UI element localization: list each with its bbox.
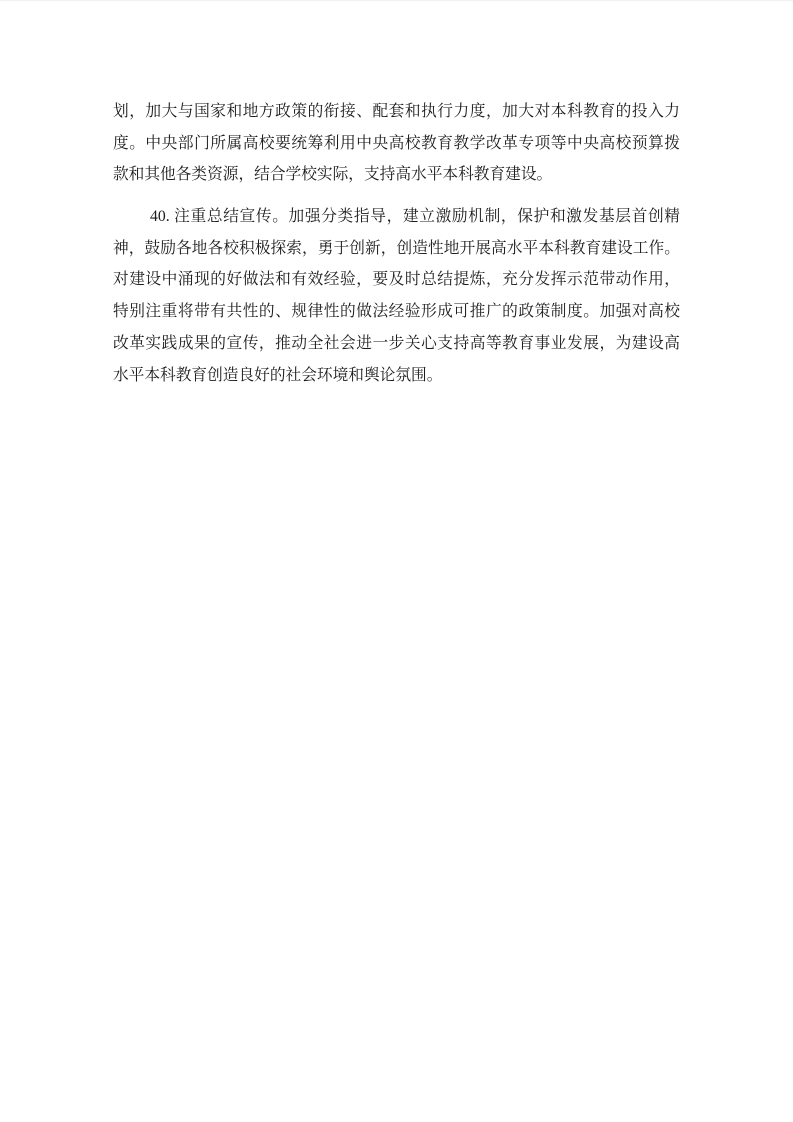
text-line: 改革实践成果的宣传，推动全社会进一步关心支持高等教育事业发展，为建设高 bbox=[113, 328, 680, 360]
text-line: 40. 注重总结宣传。加强分类指导，建立激励机制，保护和激发基层首创精 bbox=[113, 201, 680, 233]
document-text-block: 划，加大与国家和地方政策的衔接、配套和执行力度，加大对本科教育的投入力 度。中央… bbox=[113, 96, 680, 391]
paragraph-2: 40. 注重总结宣传。加强分类指导，建立激励机制，保护和激发基层首创精 神，鼓励… bbox=[113, 201, 680, 391]
text-line: 水平本科教育创造良好的社会环境和舆论氛围。 bbox=[113, 360, 680, 392]
text-line: 度。中央部门所属高校要统筹利用中央高校教育教学改革专项等中央高校预算拨 bbox=[113, 128, 680, 160]
text-line: 款和其他各类资源，结合学校实际，支持高水平本科教育建设。 bbox=[113, 159, 680, 191]
text-line: 特别注重将带有共性的、规律性的做法经验形成可推广的政策制度。加强对高校 bbox=[113, 296, 680, 328]
text-line: 神，鼓励各地各校积极探索，勇于创新，创造性地开展高水平本科教育建设工作。 bbox=[113, 233, 680, 265]
document-page: 划，加大与国家和地方政策的衔接、配套和执行力度，加大对本科教育的投入力 度。中央… bbox=[0, 0, 793, 1122]
text-line: 划，加大与国家和地方政策的衔接、配套和执行力度，加大对本科教育的投入力 bbox=[113, 96, 680, 128]
text-line: 对建设中涌现的好做法和有效经验，要及时总结提炼，充分发挥示范带动作用， bbox=[113, 264, 680, 296]
paragraph-1: 划，加大与国家和地方政策的衔接、配套和执行力度，加大对本科教育的投入力 度。中央… bbox=[113, 96, 680, 191]
